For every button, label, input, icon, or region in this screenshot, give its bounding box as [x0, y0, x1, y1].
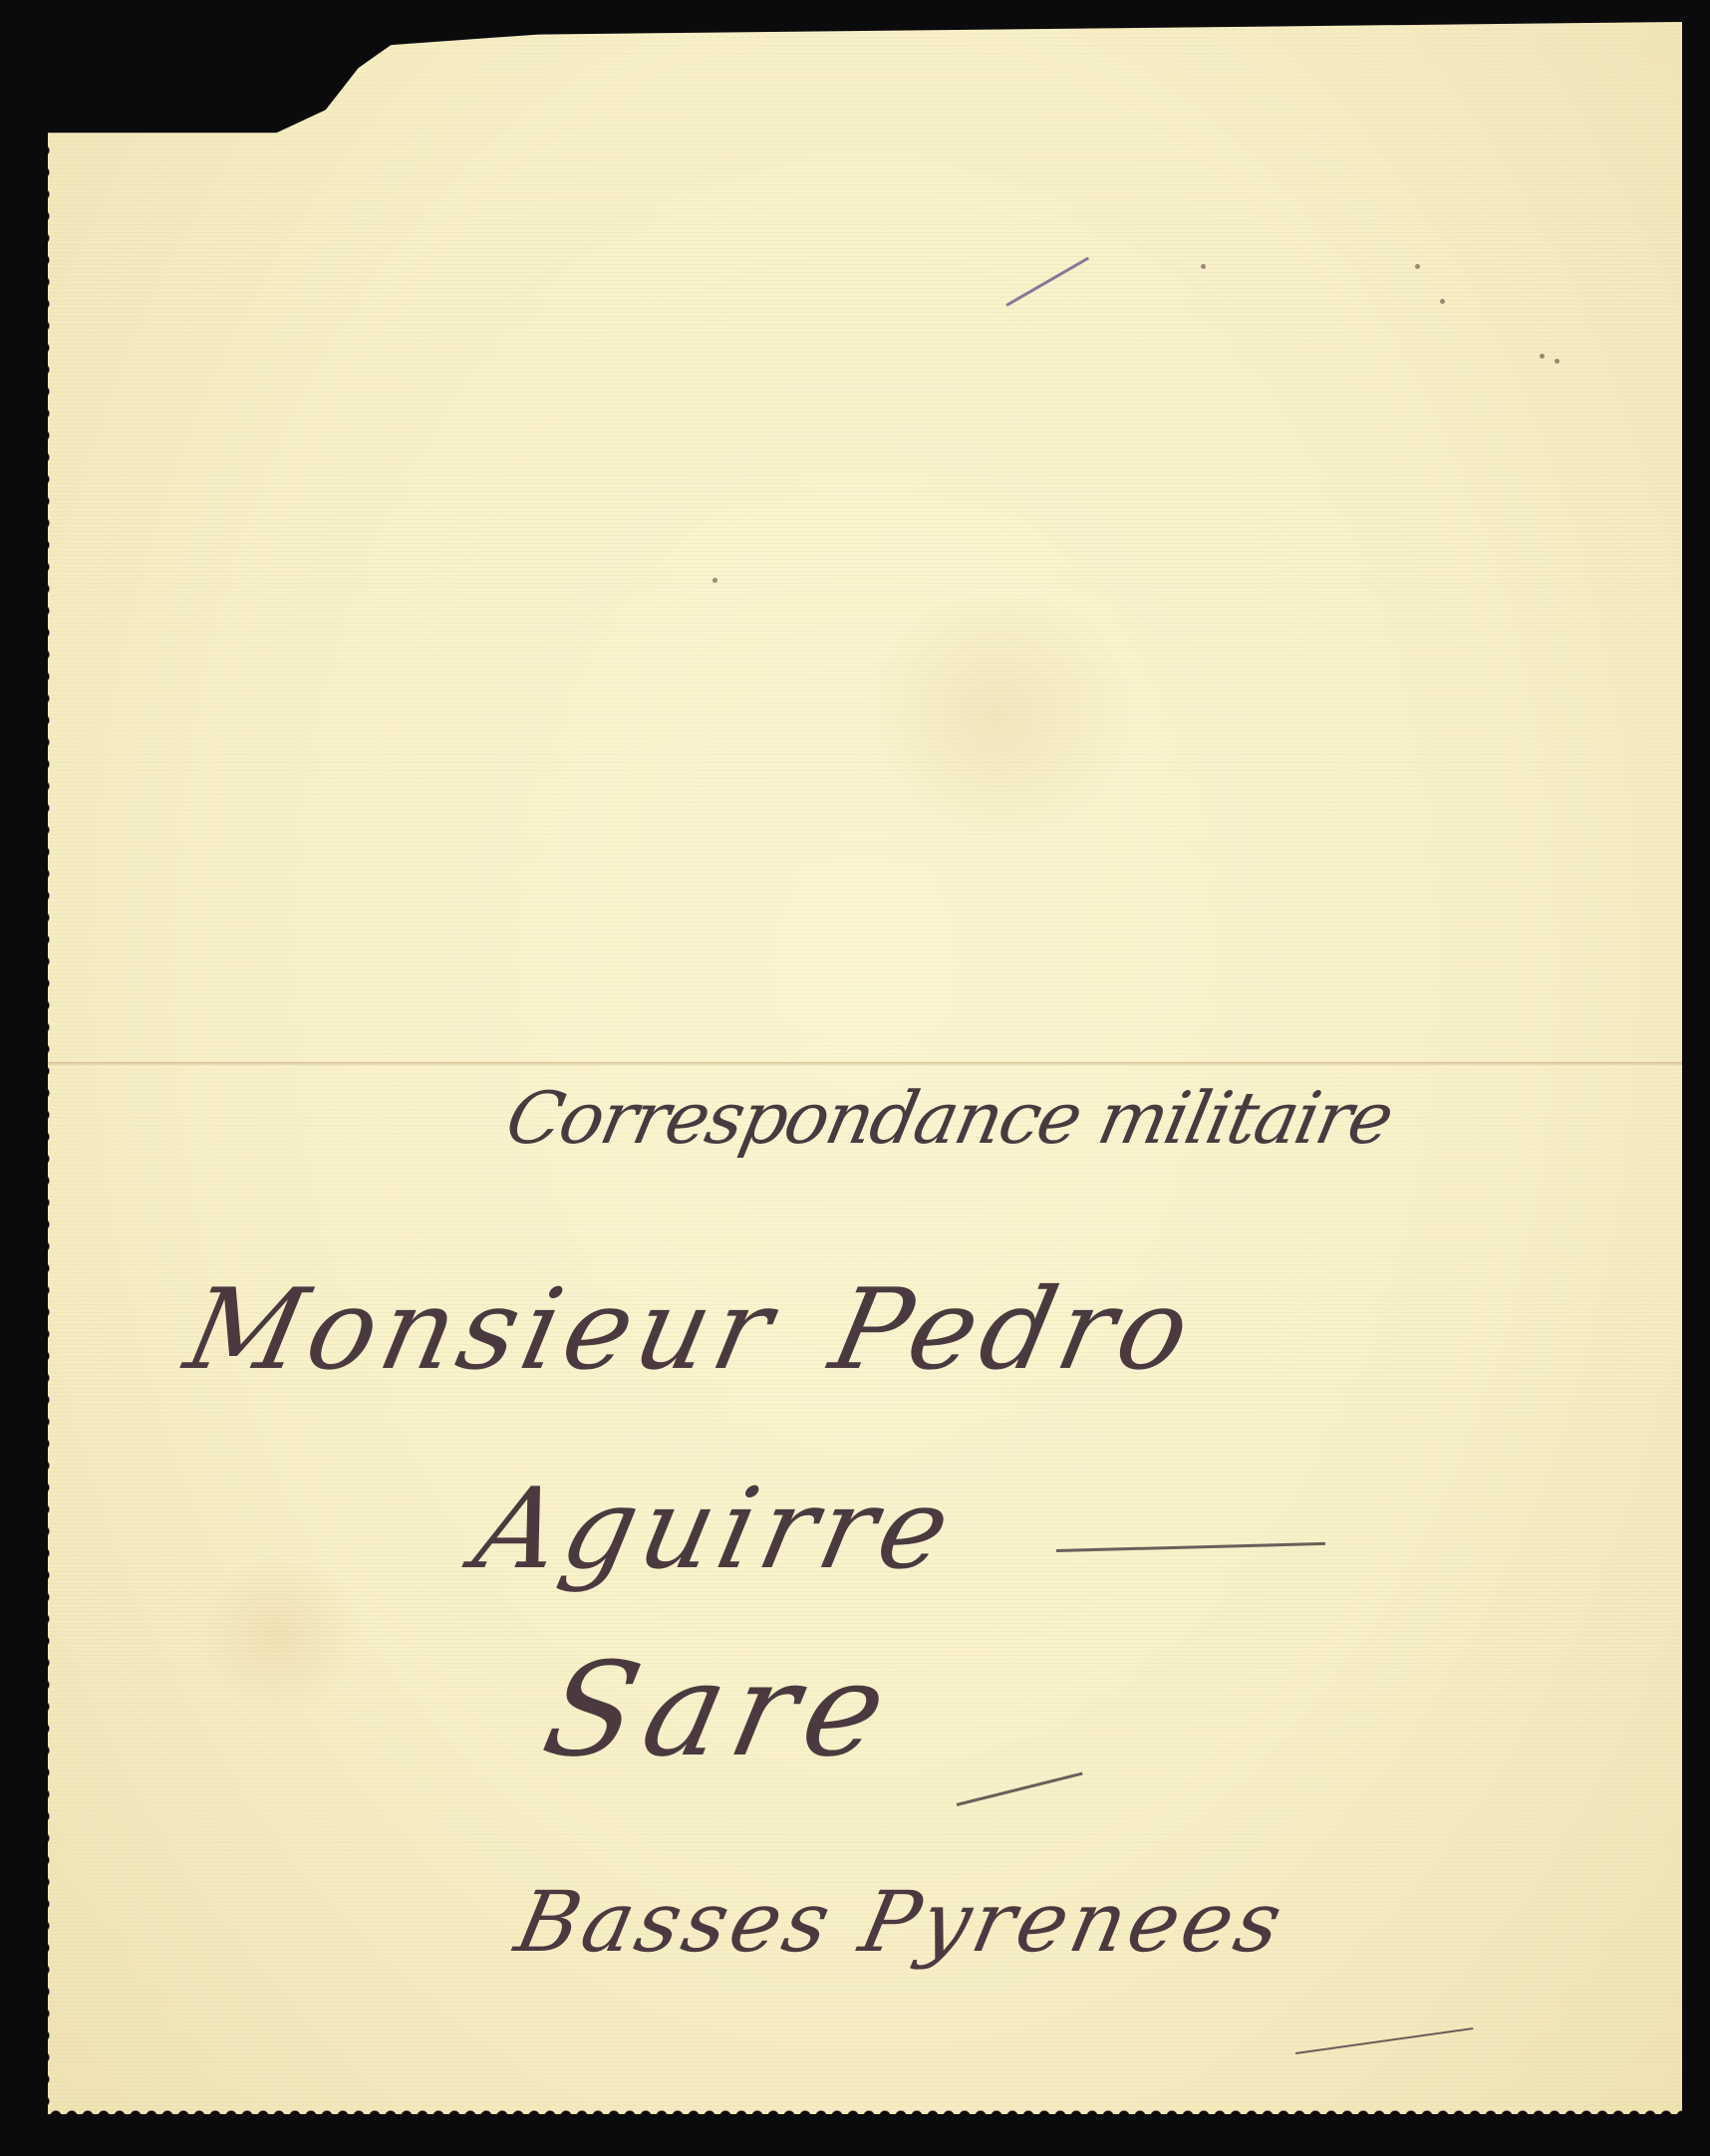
- letter-card: [48, 22, 1682, 2114]
- address-line-region: Basses Pyrenees: [508, 1873, 1294, 1971]
- postmark-trace: [1540, 354, 1545, 359]
- ink-speck: [712, 578, 717, 583]
- paper-stain: [199, 1554, 359, 1714]
- fold-crease: [48, 1062, 1682, 1065]
- salutation: Monsieur: [175, 1265, 788, 1395]
- header-note: Correspondance militaire: [499, 1076, 1399, 1160]
- postmark-trace: [1555, 359, 1560, 364]
- postmark-trace: [1440, 299, 1445, 304]
- postmark-trace: [1415, 264, 1420, 269]
- address-line-name: MonsieurPedro: [175, 1265, 1206, 1395]
- paper-stain: [847, 598, 1146, 837]
- address-line-surname: Aguirre: [464, 1465, 967, 1594]
- address-line-town: Sare: [532, 1634, 909, 1785]
- first-name: Pedro: [821, 1265, 1207, 1395]
- postmark-trace: [1201, 264, 1206, 269]
